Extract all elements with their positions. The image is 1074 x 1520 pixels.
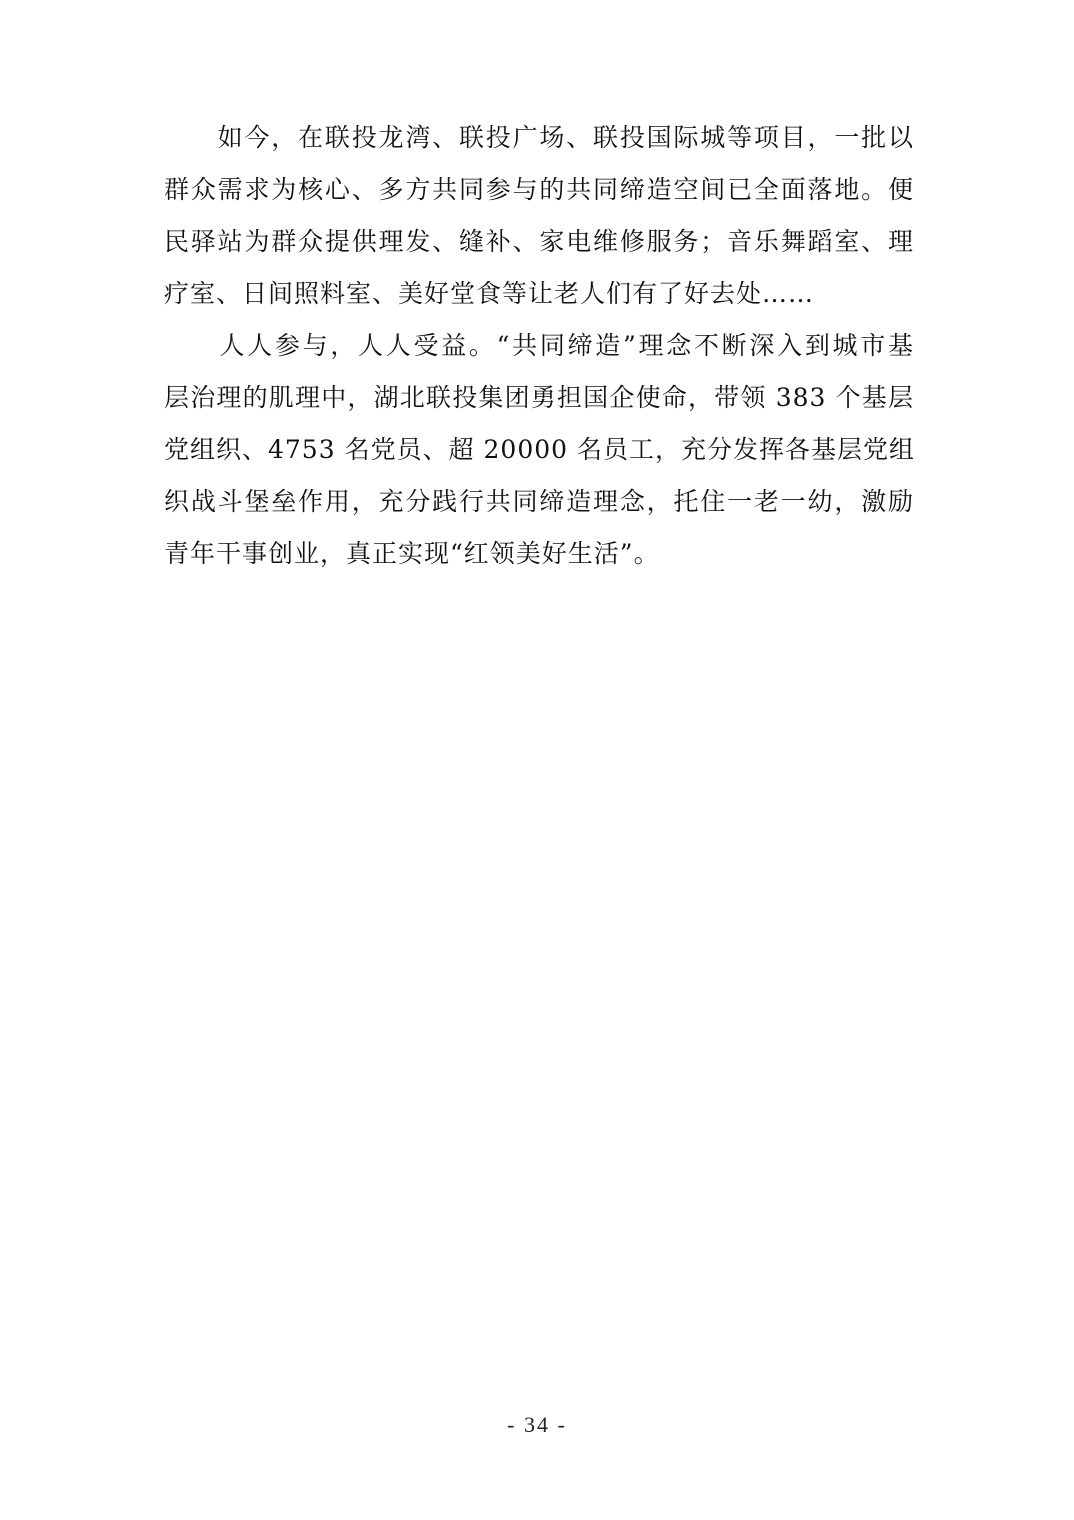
document-page: 如今，在联投龙湾、联投广场、联投国际城等项目，一批以 群众需求为核心、多方共同参… xyxy=(0,0,1074,1520)
text-line: 织战斗堡垒作用，充分践行共同缔造理念，托住一老一幼，激励 xyxy=(164,476,914,528)
text-line: 群众需求为核心、多方共同参与的共同缔造空间已全面落地。便 xyxy=(164,164,914,216)
page-number: - 34 - xyxy=(0,1412,1074,1438)
text-line: 民驿站为群众提供理发、缝补、家电维修服务；音乐舞蹈室、理 xyxy=(164,216,914,268)
paragraph-1: 如今，在联投龙湾、联投广场、联投国际城等项目，一批以 群众需求为核心、多方共同参… xyxy=(164,112,914,320)
text-line: 青年干事创业，真正实现“红领美好生活”。 xyxy=(164,528,914,580)
text-line: 如今，在联投龙湾、联投广场、联投国际城等项目，一批以 xyxy=(164,112,914,164)
text-line: 层治理的肌理中，湖北联投集团勇担国企使命，带领 383 个基层 xyxy=(164,372,914,424)
body-text: 如今，在联投龙湾、联投广场、联投国际城等项目，一批以 群众需求为核心、多方共同参… xyxy=(164,112,914,580)
text-line: 人人参与，人人受益。“共同缔造”理念不断深入到城市基 xyxy=(164,320,914,372)
text-line: 党组织、4753 名党员、超 20000 名员工，充分发挥各基层党组 xyxy=(164,424,914,476)
text-line: 疗室、日间照料室、美好堂食等让老人们有了好去处…… xyxy=(164,268,914,320)
paragraph-2: 人人参与，人人受益。“共同缔造”理念不断深入到城市基 层治理的肌理中，湖北联投集… xyxy=(164,320,914,580)
